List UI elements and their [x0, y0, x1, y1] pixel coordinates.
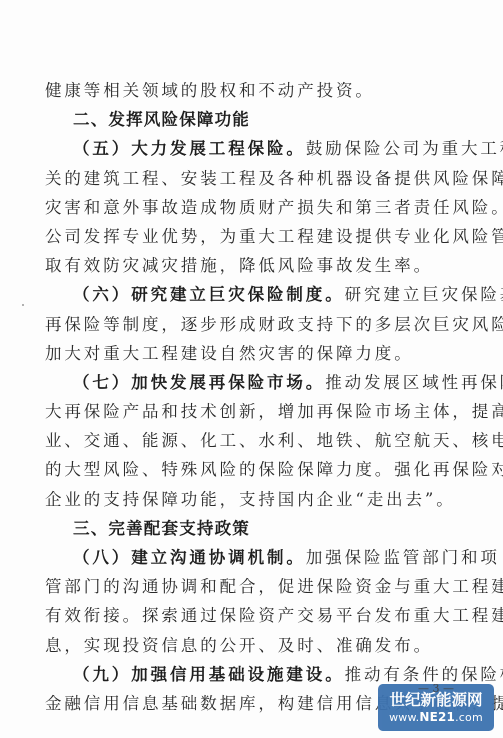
text-line: 公司发挥专业优势，为重大工程建设提供专业化风险管理建议，采 [45, 222, 455, 251]
text-line: 息，实现投资信息的公开、及时、准确发布。 [45, 631, 455, 660]
url-brand: NE21 [419, 710, 455, 724]
page-number: — 3 — [418, 682, 454, 695]
paragraph-5-start: （五）大力发展工程保险。鼓励保险公司为重大工程建设相 [45, 134, 455, 163]
paragraph-8-start: （八）建立沟通协调机制。加强保险监管部门和项目投资主 [45, 543, 455, 572]
clause-text: 加强保险监管部门和项目投资主 [306, 548, 503, 567]
clause-title-6: （六）研究建立巨灾保险制度。 [73, 285, 345, 304]
text-line: 大再保险产品和技术创新，增加再保险市场主体，提高再保险对农 [45, 397, 455, 426]
text-line: 企业的支持保障功能，支持国内企业“走出去”。 [45, 485, 455, 514]
url-suffix: .com [455, 711, 483, 724]
url-prefix: www. [389, 711, 419, 724]
text-line: 业、交通、能源、化工、水利、地铁、航空航天、核电等国家重大工程 [45, 426, 455, 455]
paragraph-7-start: （七）加快发展再保险市场。推动发展区域性再保险中心，加 [45, 368, 455, 397]
clause-title-9: （九）加强信用基础设施建设。 [73, 665, 345, 684]
text-line: 关的建筑工程、安装工程及各种机器设备提供风险保障，防范自然 [45, 164, 455, 193]
clause-text: 推动发展区域性再保险中心，加 [325, 373, 503, 392]
clause-text: 推动有条件的保险机构接入 [345, 665, 503, 684]
text-line: 的大型风险、特殊风险的保险保障力度。强化再保险对我国海外 [45, 455, 455, 484]
clause-title-5: （五）大力发展工程保险。 [73, 139, 306, 158]
text-line: 再保险等制度，逐步形成财政支持下的多层次巨灾风险分散机制， [45, 310, 455, 339]
clause-title-8: （八）建立沟通协调机制。 [73, 548, 306, 567]
text-line: 加大对重大工程建设自然灾害的保障力度。 [45, 339, 455, 368]
text-line: 有效衔接。探索通过保险资产交易平台发布重大工程建设项目信 [45, 601, 455, 630]
text-line: 健康等相关领域的股权和不动产投资。 [45, 76, 455, 105]
section-heading-2: 二、发挥风险保障功能 [45, 105, 455, 134]
text-line: 灾害和意外事故造成物质财产损失和第三者责任风险。支持保险 [45, 193, 455, 222]
section-heading-3: 三、完善配套支持政策 [45, 514, 455, 543]
clause-text: 鼓励保险公司为重大工程建设相 [306, 139, 503, 158]
watermark-url: www.NE21.com [378, 709, 494, 726]
clause-title-7: （七）加快发展再保险市场。 [73, 373, 325, 392]
clause-text: 研究建立巨灾保险基金、巨灾 [345, 285, 503, 304]
text-line: 管部门的沟通协调和配合，促进保险资金与重大工程建设项目的 [45, 572, 455, 601]
paragraph-6-start: （六）研究建立巨灾保险制度。研究建立巨灾保险基金、巨灾 [45, 280, 455, 309]
document-page: 健康等相关领域的股权和不动产投资。 二、发挥风险保障功能 （五）大力发展工程保险… [45, 76, 455, 718]
text-line: 取有效防灾减灾措施，降低风险事故发生率。 [45, 251, 455, 280]
scan-speck [22, 304, 24, 306]
